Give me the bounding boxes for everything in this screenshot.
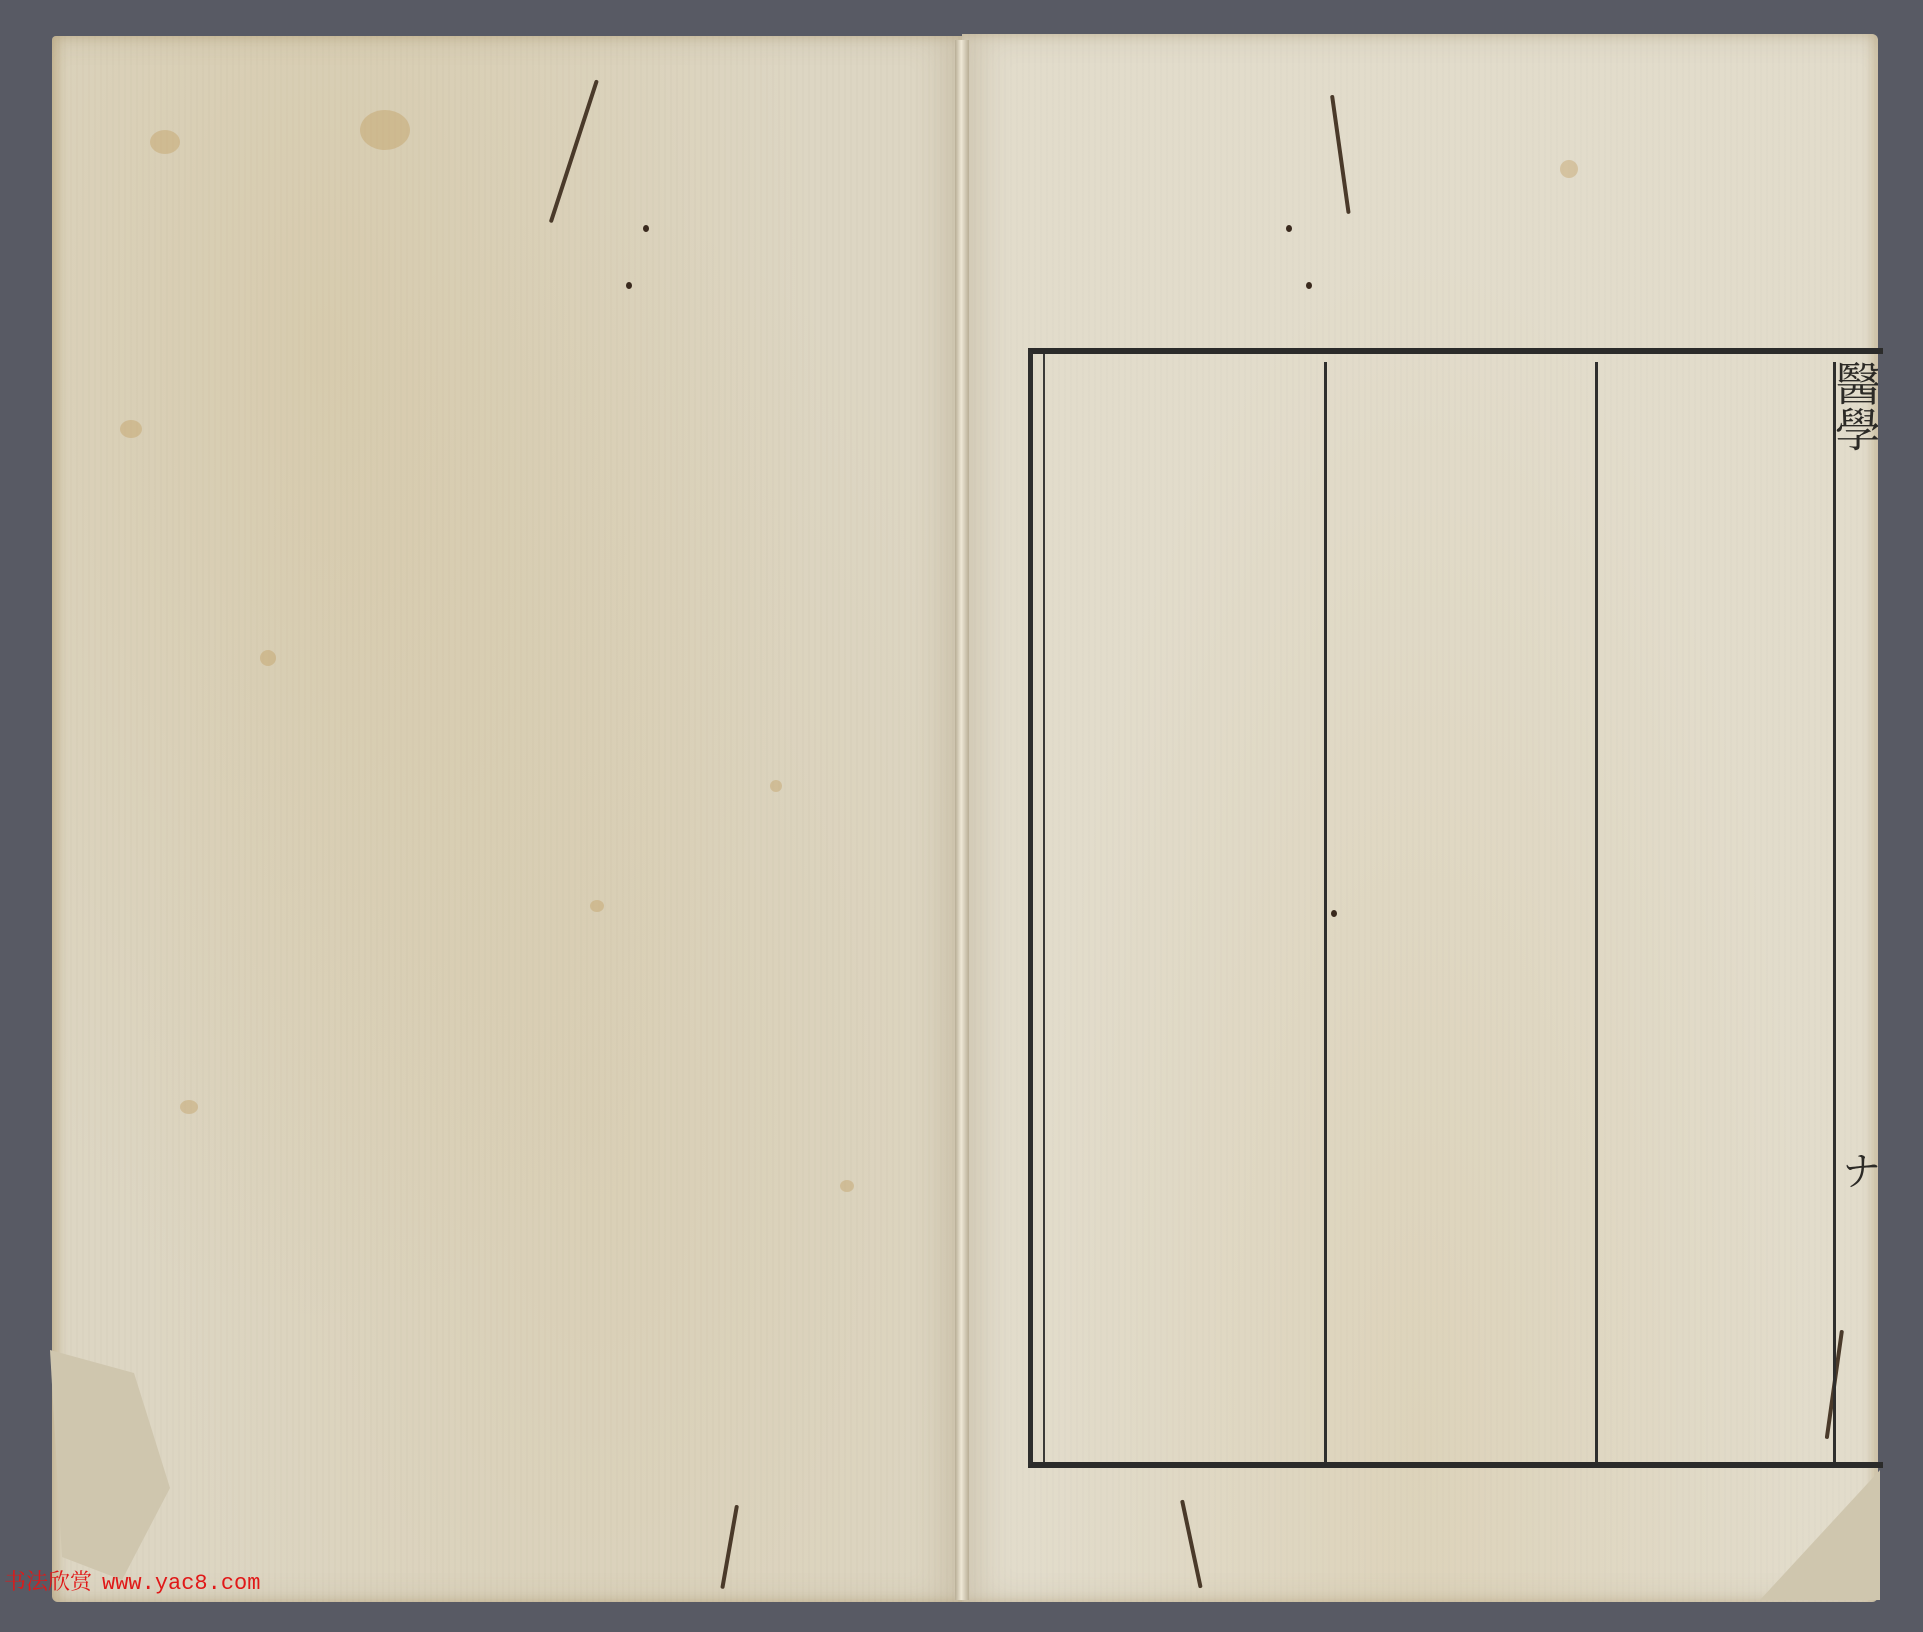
watermark-label: 书法欣赏	[4, 1570, 92, 1595]
foxing-spot	[770, 780, 782, 792]
left-page-blank	[52, 36, 962, 1602]
book-gutter	[955, 40, 969, 1600]
column-divider	[1595, 362, 1598, 1462]
foxing-spot	[260, 650, 276, 666]
printed-column-frame	[1028, 348, 1883, 1468]
foxing-spot	[840, 1180, 854, 1192]
foxing-spot	[360, 110, 410, 150]
open-book-photo: 醫學 ナ 书法欣赏www.yac8.com	[0, 0, 1923, 1632]
foxing-spot	[120, 420, 142, 438]
edge-page-mark: ナ	[1840, 1150, 1878, 1200]
foxing-spot	[590, 900, 604, 912]
watermark: 书法欣赏www.yac8.com	[4, 1565, 260, 1596]
wormhole	[626, 282, 632, 289]
column-divider	[1324, 362, 1327, 1462]
edge-title-text: 醫學	[1826, 360, 1878, 620]
foxing-spot	[150, 130, 180, 154]
foxing-spot	[180, 1100, 198, 1114]
wormhole	[1306, 282, 1312, 289]
watermark-url: www.yac8.com	[102, 1571, 260, 1596]
foxing-spot	[1560, 160, 1578, 178]
wormhole	[643, 225, 649, 232]
frame-inner-border	[1043, 354, 1045, 1462]
wormhole	[1286, 225, 1292, 232]
